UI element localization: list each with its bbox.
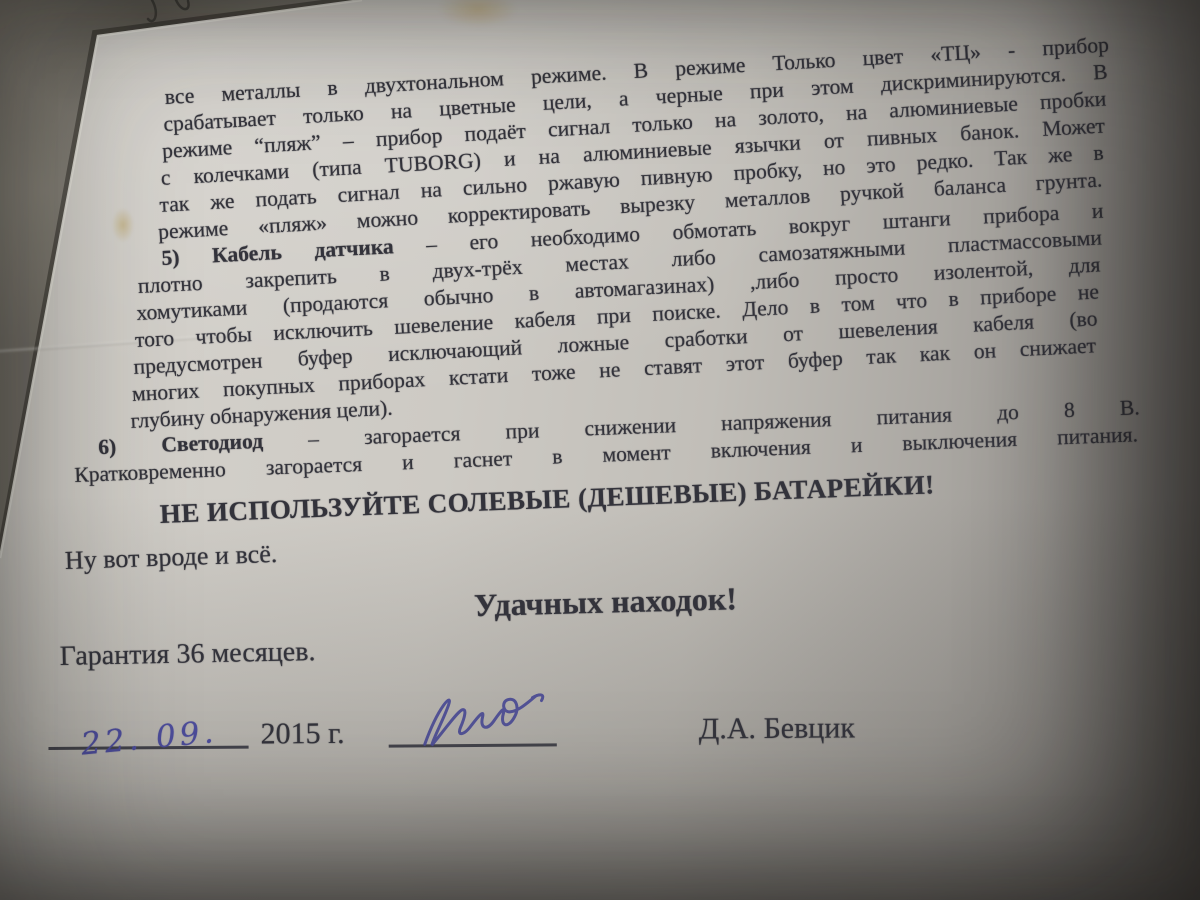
document-text: все металлы в двухтональном режиме. В ре…: [100, 84, 1110, 750]
paragraphs: все металлы в двухтональном режиме. В ре…: [127, 84, 1110, 489]
signature-field: [388, 681, 557, 747]
signatory-name: Д.А. Бевцик: [699, 714, 855, 745]
year-label: 2015 г.: [260, 720, 356, 749]
photo-frame: все металлы в двухтональном режиме. В ре…: [0, 0, 1200, 900]
date-field: 22. 09.: [48, 684, 249, 750]
signature-row: 22. 09. 2015 г. Д.А. Бевцик: [45, 681, 992, 750]
bold-term: 6) Светодиод: [98, 429, 264, 459]
signature-fields: 22. 09. 2015 г. Д.А. Бевцик: [48, 681, 989, 750]
handwritten-signature: [396, 688, 549, 753]
